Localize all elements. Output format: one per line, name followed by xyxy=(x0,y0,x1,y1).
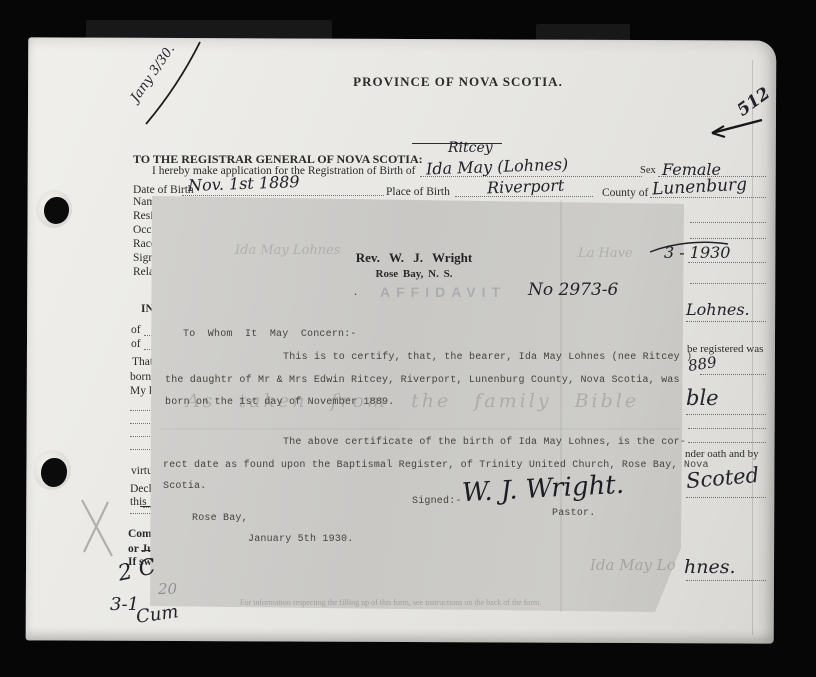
label-of-2: of xyxy=(131,338,141,350)
letter-body-line-4: The above certificate of the birth of Id… xyxy=(283,437,686,448)
dob-value-handwriting: Nov. 1st 1889 xyxy=(188,172,300,195)
dotted-line xyxy=(686,321,766,322)
dotted-line xyxy=(686,580,766,581)
oath-fragment: nder oath and by xyxy=(685,448,759,460)
dotted-line xyxy=(130,423,154,424)
letter-body-line-6: Scotia. xyxy=(163,481,206,492)
letterhead-place: Rose Bay, N. S. xyxy=(376,268,453,280)
hnes-handwriting: hnes. xyxy=(684,556,736,578)
dotted-line xyxy=(690,222,766,223)
letter-place: Rose Bay, xyxy=(192,513,248,524)
registered-fragment: be registered was xyxy=(687,343,763,355)
dotted-line xyxy=(130,449,154,450)
letter-date: January 5th 1930. xyxy=(248,534,353,545)
dotted-line xyxy=(182,195,384,196)
dotted-line xyxy=(688,428,766,429)
dotted-line xyxy=(700,374,766,375)
row1-above-handwriting: Ritcey xyxy=(448,140,493,156)
bottom-note-20-faint: 20 xyxy=(158,580,177,598)
reference-number-handwriting: No 2973-6 xyxy=(528,280,618,300)
dotted-line xyxy=(686,497,766,498)
letterhead-name: Rev. W. J. Wright xyxy=(356,250,472,266)
ghost-name-top: Ida May Lohnes xyxy=(235,243,340,258)
letter-body-line-3: born on the 1st day of November 1889. xyxy=(165,397,394,408)
letter-body-line-2: the daughtr of Mr & Mrs Edwin Ritcey, Ri… xyxy=(165,375,680,386)
affidavit-ghost-text: AFFIDAVIT xyxy=(380,284,506,300)
ink-dot: . xyxy=(354,284,357,299)
scanned-document: PROVINCE OF NOVA SCOTIA. APPLICATION FOR… xyxy=(0,0,816,677)
dotted-line xyxy=(130,410,154,411)
letter-signed-label: Signed:- xyxy=(412,496,462,507)
ghost-la-have: La Have xyxy=(578,246,633,261)
ghost-signature-caption: Ida May Lo xyxy=(590,556,676,574)
letter-signature-title: Pastor. xyxy=(552,508,595,519)
province-heading: PROVINCE OF NOVA SCOTIA. xyxy=(353,74,563,90)
jan-1930-handwriting: 3 - 1930 xyxy=(664,243,730,262)
label-that: That xyxy=(132,356,153,368)
bible-fragment-handwriting: ble xyxy=(686,386,719,410)
sex-label: Sex xyxy=(640,165,656,176)
dotted-line xyxy=(690,283,766,284)
pob-label: Place of Birth xyxy=(386,186,450,198)
dotted-line xyxy=(130,436,154,437)
lohnes-handwriting: Lohnes. xyxy=(686,300,750,319)
label-of-1: of xyxy=(131,324,141,336)
letter-salutation: To Whom It May Concern:- xyxy=(183,329,357,340)
dotted-line xyxy=(688,442,766,443)
county-label: County of xyxy=(602,187,648,199)
letter-body-line-5: rect date as found upon the Baptismal Re… xyxy=(163,460,709,471)
dotted-line xyxy=(690,238,766,239)
dotted-line xyxy=(688,262,766,263)
dotted-line xyxy=(455,196,593,197)
dotted-line xyxy=(686,414,766,415)
pob-value-handwriting: Riverport xyxy=(487,176,565,198)
ghost-footer-instructions: For information respecting the filling u… xyxy=(240,598,541,607)
letter-body-line-1: This is to certify, that, the bearer, Id… xyxy=(283,352,692,363)
